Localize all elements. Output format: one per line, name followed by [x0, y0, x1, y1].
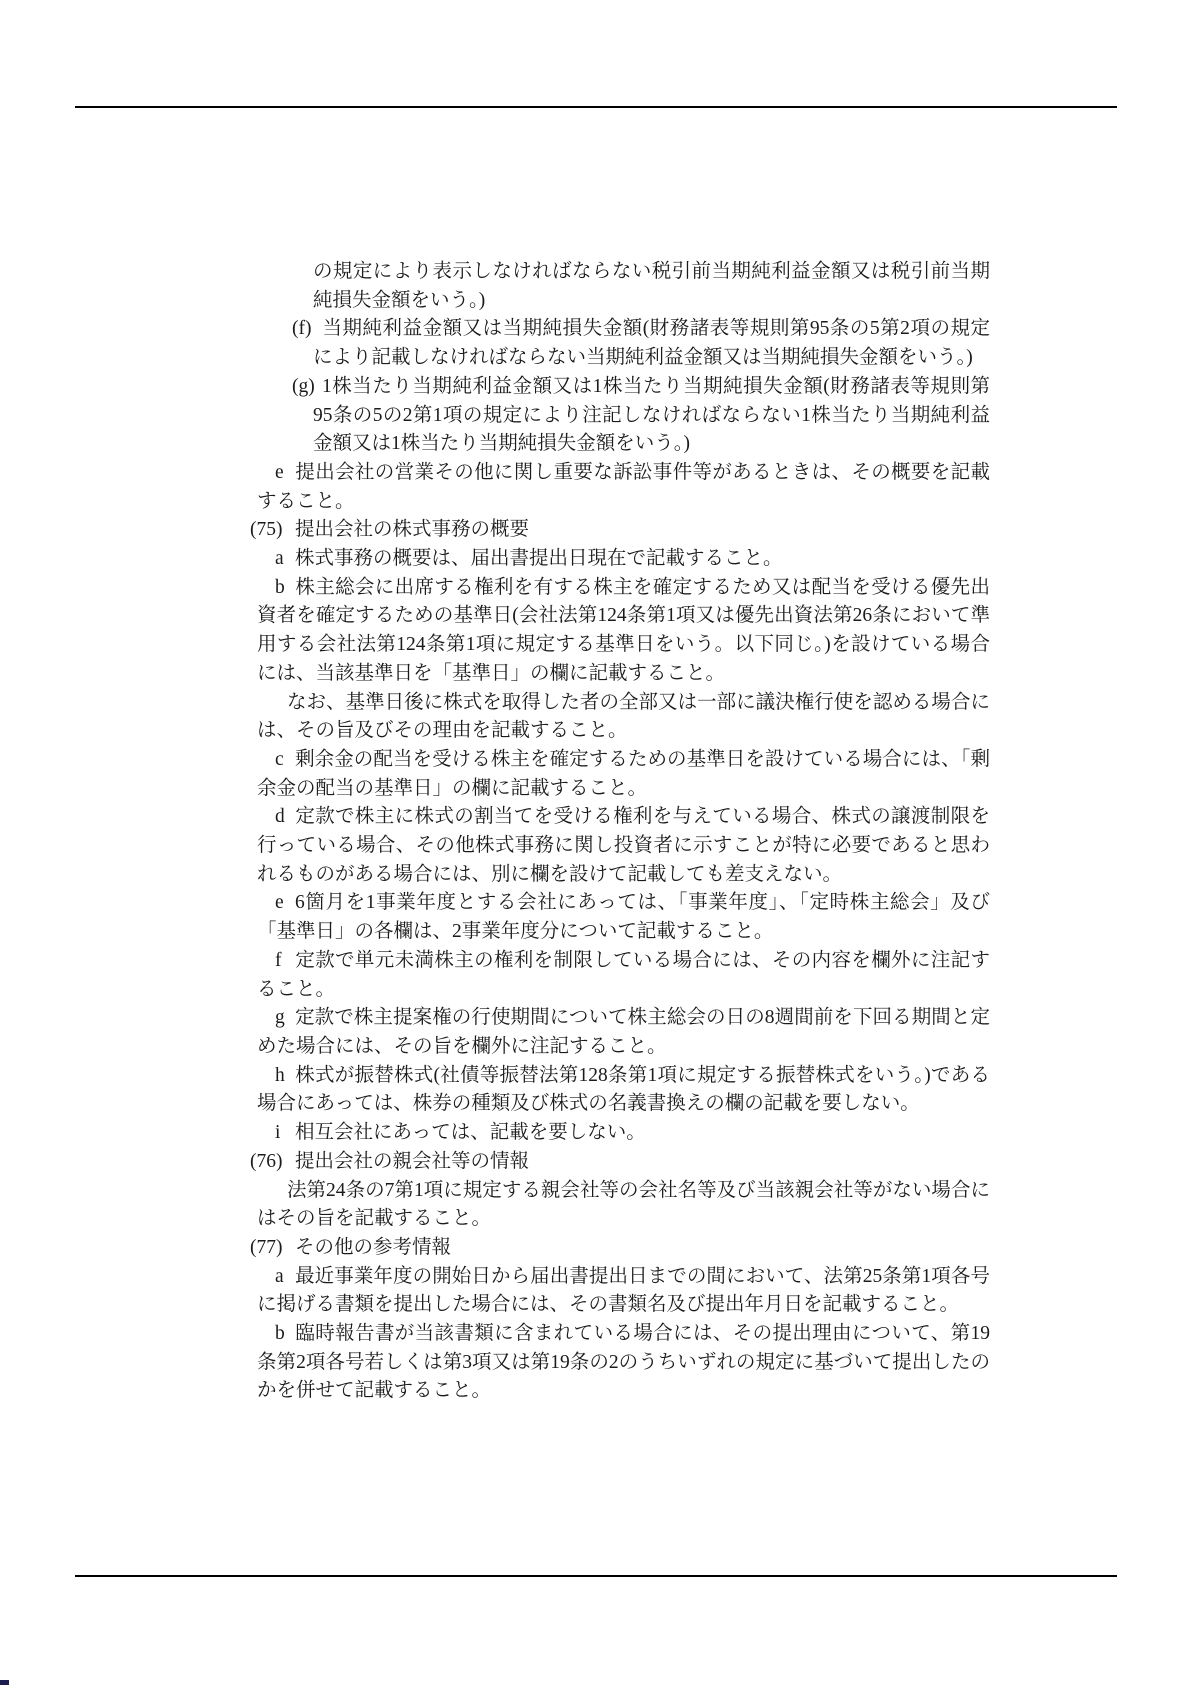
item-label: (f)	[292, 315, 322, 344]
item-text: 株主総会に出席する権利を有する株主を確定するため又は配当を受ける優先出資者を確定…	[257, 577, 990, 684]
item-text: 提出会社の親会社等の情報	[295, 1151, 529, 1172]
item-text: 6箇月を1事業年度とする会社にあっては、「事業年度」、「定時株主総会」及び「基準…	[257, 892, 990, 942]
item-text: 提出会社の株式事務の概要	[295, 519, 529, 540]
bottom-rule	[75, 1575, 1117, 1577]
item-label: h	[275, 1062, 295, 1091]
paragraph-cont-16: 法第24条の7第1項に規定する親会社等の会社名等及び当該親会社等がない場合にはそ…	[250, 1177, 990, 1234]
paragraph-g: g定款で株主提案権の行使期間について株主総会の日の8週間前を下回る期間と定めた場…	[250, 1004, 990, 1061]
item-text: 株式事務の概要は、届出書提出日現在で記載すること。	[295, 548, 783, 569]
item-label: (75)	[250, 516, 295, 545]
paragraph-b: b株主総会に出席する権利を有する株主を確定するため又は配当を受ける優先出資者を確…	[250, 574, 990, 689]
item-text: その他の参考情報	[295, 1237, 451, 1258]
item-label: (76)	[250, 1148, 295, 1177]
paragraph-f: f定款で単元未満株主の権利を制限している場合には、その内容を欄外に注記すること。	[250, 947, 990, 1004]
item-label: (77)	[250, 1234, 295, 1263]
item-text: 剰余金の配当を受ける株主を確定するための基準日を設けている場合には、「剰余金の配…	[257, 749, 990, 799]
paragraph-d: d定款で株主に株式の割当てを受ける権利を与えている場合、株式の譲渡制限を行ってい…	[250, 803, 990, 889]
item-label: e	[275, 459, 295, 488]
item-text: 最近事業年度の開始日から届出書提出日までの間において、法第25条第1項各号に掲げ…	[257, 1266, 990, 1316]
item-label: b	[275, 574, 295, 603]
paragraph-76: (76)提出会社の親会社等の情報	[250, 1148, 990, 1177]
item-text: 相互会社にあっては、記載を要しない。	[295, 1122, 646, 1143]
item-label: c	[275, 746, 295, 775]
paragraph-g: (g)1株当たり当期純利益金額又は1株当たり当期純損失金額(財務諸表等規則第95…	[250, 373, 990, 459]
paragraph-h: h株式が振替株式(社債等振替法第128条第1項に規定する振替株式をいう。)である…	[250, 1062, 990, 1119]
paragraph-77: (77)その他の参考情報	[250, 1234, 990, 1263]
paragraph-cont-0: の規定により表示しなければならない税引前当期純利益金額又は税引前当期純損失金額を…	[250, 258, 990, 315]
item-text: 定款で株主提案権の行使期間について株主総会の日の8週間前を下回る期間と定めた場合…	[257, 1007, 990, 1057]
item-text: 法第24条の7第1項に規定する親会社等の会社名等及び当該親会社等がない場合にはそ…	[257, 1180, 990, 1230]
item-text: 1株当たり当期純利益金額又は1株当たり当期純損失金額(財務諸表等規則第95条の5…	[313, 376, 990, 454]
document-body: の規定により表示しなければならない税引前当期純利益金額又は税引前当期純損失金額を…	[250, 258, 990, 1406]
item-label: a	[275, 1263, 295, 1292]
paragraph-f: (f)当期純利益金額又は当期純損失金額(財務諸表等規則第95条の5第2項の規定に…	[250, 315, 990, 372]
item-label: d	[275, 803, 295, 832]
item-label: a	[275, 545, 295, 574]
item-text: 定款で株主に株式の割当てを受ける権利を与えている場合、株式の譲渡制限を行っている…	[257, 806, 990, 884]
item-text: 当期純利益金額又は当期純損失金額(財務諸表等規則第95条の5第2項の規定により記…	[313, 318, 990, 368]
item-text: なお、基準日後に株式を取得した者の全部又は一部に議決権行使を認める場合には、その…	[257, 692, 990, 742]
paragraph-75: (75)提出会社の株式事務の概要	[250, 516, 990, 545]
item-label: g	[275, 1004, 295, 1033]
item-text: の規定により表示しなければならない税引前当期純利益金額又は税引前当期純損失金額を…	[313, 261, 990, 311]
item-text: 株式が振替株式(社債等振替法第128条第1項に規定する振替株式をいう。)である場…	[257, 1065, 990, 1115]
top-rule	[75, 106, 1117, 108]
item-label: i	[275, 1119, 295, 1148]
item-label: e	[275, 889, 295, 918]
item-label: (g)	[292, 373, 322, 402]
paragraph-b: b臨時報告書が当該書類に含まれている場合には、その提出理由について、第19条第2…	[250, 1320, 990, 1406]
item-text: 提出会社の営業その他に関し重要な訴訟事件等があるときは、その概要を記載すること。	[257, 462, 990, 512]
paragraph-cont-7: なお、基準日後に株式を取得した者の全部又は一部に議決権行使を認める場合には、その…	[250, 689, 990, 746]
item-text: 定款で単元未満株主の権利を制限している場合には、その内容を欄外に注記すること。	[257, 950, 990, 1000]
scan-artifact	[0, 1680, 9, 1685]
paragraph-e: e提出会社の営業その他に関し重要な訴訟事件等があるときは、その概要を記載すること…	[250, 459, 990, 516]
document-page: の規定により表示しなければならない税引前当期純利益金額又は税引前当期純損失金額を…	[0, 0, 1192, 1685]
paragraph-i: i相互会社にあっては、記載を要しない。	[250, 1119, 990, 1148]
paragraph-a: a最近事業年度の開始日から届出書提出日までの間において、法第25条第1項各号に掲…	[250, 1263, 990, 1320]
paragraph-e: e6箇月を1事業年度とする会社にあっては、「事業年度」、「定時株主総会」及び「基…	[250, 889, 990, 946]
paragraph-a: a株式事務の概要は、届出書提出日現在で記載すること。	[250, 545, 990, 574]
item-label: b	[275, 1320, 295, 1349]
item-label: f	[275, 947, 295, 976]
item-text: 臨時報告書が当該書類に含まれている場合には、その提出理由について、第19条第2項…	[257, 1323, 990, 1401]
paragraph-c: c剰余金の配当を受ける株主を確定するための基準日を設けている場合には、「剰余金の…	[250, 746, 990, 803]
